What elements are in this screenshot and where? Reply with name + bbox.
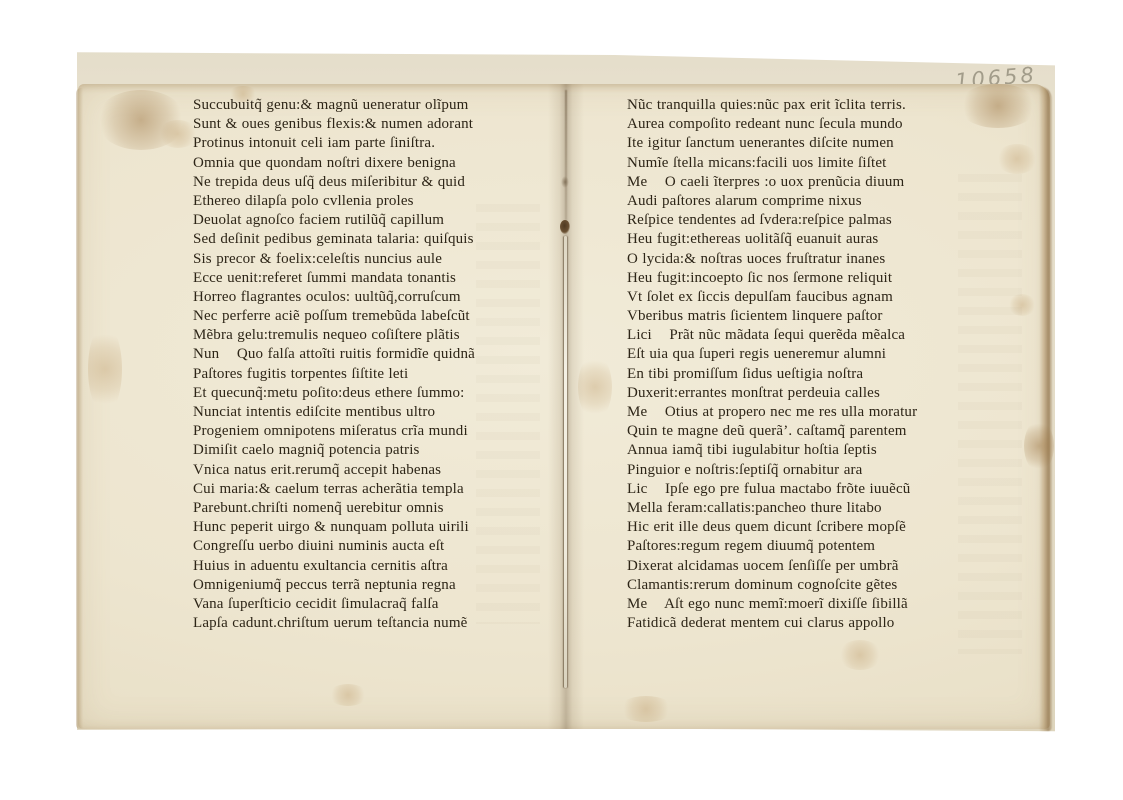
- foxing-spot: [88, 324, 122, 414]
- text-line: Reſpice tendentes ad ſvdera:reſpice palm…: [627, 211, 972, 230]
- text-line: Nunciat intentis ediſcite mentibus ultro: [193, 403, 538, 422]
- text-line: Horreo flagrantes oculos: uultũq̃,corruſ…: [193, 288, 538, 307]
- text-line: Lici Prãt nũc mãdata ſequi querẽda mẽalc…: [627, 326, 972, 345]
- text-line: Aurea compoſito redeant nunc ſecula mund…: [627, 115, 972, 134]
- open-book: 10658: [75, 44, 1057, 736]
- page-deckled-edge: [1039, 86, 1052, 731]
- text-line: Dimiſit caelo magniq̃ potencia patris: [193, 441, 538, 460]
- text-line: Lic Ipſe ego pre fulua mactabo frõte iuu…: [627, 480, 972, 499]
- text-line: Lapſa cadunt.chriſtum uerum teſtancia nu…: [193, 614, 538, 633]
- page-spread: Succubuitq̃ genu:& magnũ ueneratur olĩpu…: [78, 84, 1050, 729]
- text-line: Ne trepida deus uſq̃ deus miſeribitur & …: [193, 173, 538, 192]
- gutter-mark: [561, 176, 569, 188]
- text-line: Ite igitur ſanctum uenerantes diſcite nu…: [627, 134, 972, 153]
- text-line: Audi paſtores alarum comprime nixus: [627, 192, 972, 211]
- text-line: Mẽbra gelu:tremulis nequeo coſiſtere plã…: [193, 326, 538, 345]
- text-line: Vt ſolet ex ſiccis depulſam faucibus agn…: [627, 288, 972, 307]
- text-line: Ethereo dilapſa polo cvllenia proles: [193, 192, 538, 211]
- text-line: Protinus intonuit celi iam parte ſiniſtr…: [193, 134, 538, 153]
- text-line: O lycida:& noſtras uoces fruſtratur inan…: [627, 250, 972, 269]
- text-line: Congreſſu uerbo diuini numinis aucta eſt: [193, 537, 538, 556]
- text-line: Me Otius at propero nec me res ulla mora…: [627, 403, 972, 422]
- foxing-spot: [618, 696, 674, 722]
- text-line: Pinguior e noſtris:ſeptiſq̃ ornabitur ar…: [627, 461, 972, 480]
- foxing-spot: [838, 640, 882, 670]
- text-line: Sed deſinit pedibus geminata talaria: qu…: [193, 230, 538, 249]
- binding-knot: [560, 220, 570, 234]
- text-line: Hic erit ille deus quem dicunt ſcribere …: [627, 518, 972, 537]
- text-line: Quin te magne deũ querã’. caſtamq̃ paren…: [627, 422, 972, 441]
- text-line: Hunc peperit uirgo & nunquam polluta uir…: [193, 518, 538, 537]
- foxing-spot: [328, 684, 368, 706]
- text-line: Sis precor & foelix:celeſtis nuncius aul…: [193, 250, 538, 269]
- text-line: Numĩe ſtella micans:facili uos limite ſi…: [627, 154, 972, 173]
- text-line: Me Aſt ego nunc memĩ:moerĩ dixiſſe ſibil…: [627, 595, 972, 614]
- text-line: Dixerat alcidamas uocem ſenſiſſe per umb…: [627, 557, 972, 576]
- page-left-edge: [76, 88, 83, 729]
- text-line: Progeniem omnipotens miſeratus crĩa mund…: [193, 422, 538, 441]
- photo-backdrop: 10658: [0, 0, 1123, 800]
- text-line: Vnica natus erit.rerumq̃ accepit habenas: [193, 461, 538, 480]
- gutter-crease: [565, 90, 567, 220]
- text-line: Sunt & oues genibus flexis:& numen adora…: [193, 115, 538, 134]
- text-line: Vberibus matris ſicientem linquere paſto…: [627, 307, 972, 326]
- text-line: Omnia que quondam noſtri dixere benigna: [193, 154, 538, 173]
- text-line: Nec perferre aciẽ poſſum tremebũda labeſ…: [193, 307, 538, 326]
- text-line: Deuolat agnoſco faciem rutilũq̃ capillum: [193, 211, 538, 230]
- text-line: Nũc tranquilla quies:nũc pax erit ĩclita…: [627, 96, 972, 115]
- text-line: Paſtores fugitis torpentes ſiſtite leti: [193, 365, 538, 384]
- text-line: Duxerit:errantes monſtrat perdeuia calle…: [627, 384, 972, 403]
- text-line: Paſtores:regum regem diuumq̃ potentem: [627, 537, 972, 556]
- text-line: Fatidicã dederat mentem cui clarus appol…: [627, 614, 972, 633]
- text-line: Et quecunq̃:metu poſito:deus ethere ſumm…: [193, 384, 538, 403]
- text-line: Nun Quo falſa attoĩti ruitis formidĩe qu…: [193, 345, 538, 364]
- text-line: Huius in aduentu exultancia cernitis aſt…: [193, 557, 538, 576]
- binding-thread: [564, 236, 567, 688]
- text-line: Heu fugit:ethereas uolitãſq̃ euanuit aur…: [627, 230, 972, 249]
- text-line: Eſt uia qua ſuperi regis ueneremur alumn…: [627, 345, 972, 364]
- text-line: Vana ſuperſticio cecidit ſimulacraq̃ fal…: [193, 595, 538, 614]
- text-line: Annua iamq̃ tibi iugulabitur hoſtia ſept…: [627, 441, 972, 460]
- text-line: Heu fugit:incoepto ſic nos ſermone reliq…: [627, 269, 972, 288]
- text-line: Ecce uenit:referet ſummi mandata tonanti…: [193, 269, 538, 288]
- text-line: Parebunt.chriſti nomenq̃ uerebitur omnis: [193, 499, 538, 518]
- text-line: Cui maria:& caelum terras acherãtia temp…: [193, 480, 538, 499]
- foxing-spot: [1008, 294, 1036, 316]
- foxing-spot: [996, 144, 1038, 174]
- text-line: Me O caeli ĩterpres :o uox prenũcia diuu…: [627, 173, 972, 192]
- left-page-text: Succubuitq̃ genu:& magnũ ueneratur olĩpu…: [193, 96, 538, 633]
- foxing-spot: [96, 90, 186, 150]
- text-line: Succubuitq̃ genu:& magnũ ueneratur olĩpu…: [193, 96, 538, 115]
- right-page-text: Nũc tranquilla quies:nũc pax erit ĩclita…: [627, 96, 972, 633]
- text-line: Mella feram:callatis:pancheo thure litab…: [627, 499, 972, 518]
- text-line: Omnigeniumq̃ peccus terrã neptunia regna: [193, 576, 538, 595]
- text-line: Clamantis:rerum dominum cognoſcite gẽtes: [627, 576, 972, 595]
- text-line: En tibi promiſſum ſidus ueſtigia noſtra: [627, 365, 972, 384]
- foxing-spot: [158, 120, 198, 148]
